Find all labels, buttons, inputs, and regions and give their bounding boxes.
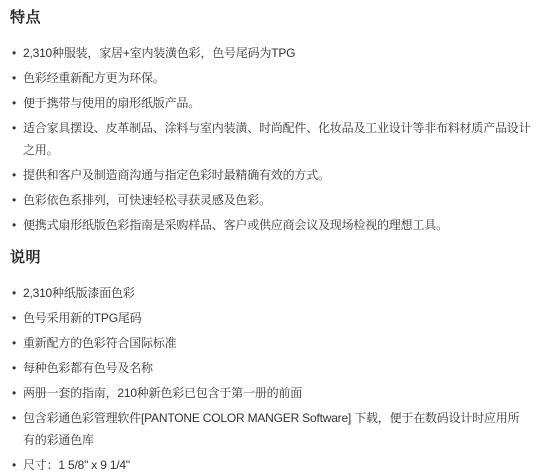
bullet-item: 2,310种纸版漆面色彩 (12, 282, 531, 304)
features-heading: 特点 (10, 8, 531, 28)
description-heading: 说明 (10, 248, 531, 268)
features-bullet-list: 2,310种服装，家居+室内装潢色彩，色号尾码为TPG色彩经重新配方更为环保。便… (10, 42, 531, 236)
bullet-item: 便于携带与使用的扇形纸版产品。 (12, 92, 531, 114)
section-features: 特点 2,310种服装，家居+室内装潢色彩，色号尾码为TPG色彩经重新配方更为环… (10, 8, 531, 236)
bullet-item: 色彩经重新配方更为环保。 (12, 67, 531, 89)
description-bullet-list: 2,310种纸版漆面色彩色号采用新的TPG尾码重新配方的色彩符合国际标准每种色彩… (10, 282, 531, 476)
bullet-item: 色号采用新的TPG尾码 (12, 307, 531, 329)
bullet-item: 包含彩通色彩管理软件[PANTONE COLOR MANGER Software… (12, 407, 531, 451)
bullet-item: 两册一套的指南，210种新色彩已包含于第一册的前面 (12, 382, 531, 404)
bullet-item: 便携式扇形纸版色彩指南是采购样品、客户或供应商会议及现场检视的理想工具。 (12, 214, 531, 236)
bullet-item: 重新配方的色彩符合国际标准 (12, 332, 531, 354)
product-description-page: 特点 2,310种服装，家居+室内装潢色彩，色号尾码为TPG色彩经重新配方更为环… (0, 0, 541, 476)
bullet-item: 2,310种服装，家居+室内装潢色彩，色号尾码为TPG (12, 42, 531, 64)
bullet-item: 每种色彩都有色号及名称 (12, 357, 531, 379)
bullet-item: 色彩依色系排列，可快速轻松寻获灵感及色彩。 (12, 189, 531, 211)
section-description: 说明 2,310种纸版漆面色彩色号采用新的TPG尾码重新配方的色彩符合国际标准每… (10, 248, 531, 476)
bullet-item: 适合家具摆设、皮革制品、涂料与室内装潢、时尚配件、化妆品及工业设计等非布料材质产… (12, 117, 531, 161)
bullet-item: 尺寸：1 5/8" x 9 1/4" (12, 454, 531, 476)
bullet-item: 提供和客户及制造商沟通与指定色彩时最精确有效的方式。 (12, 164, 531, 186)
